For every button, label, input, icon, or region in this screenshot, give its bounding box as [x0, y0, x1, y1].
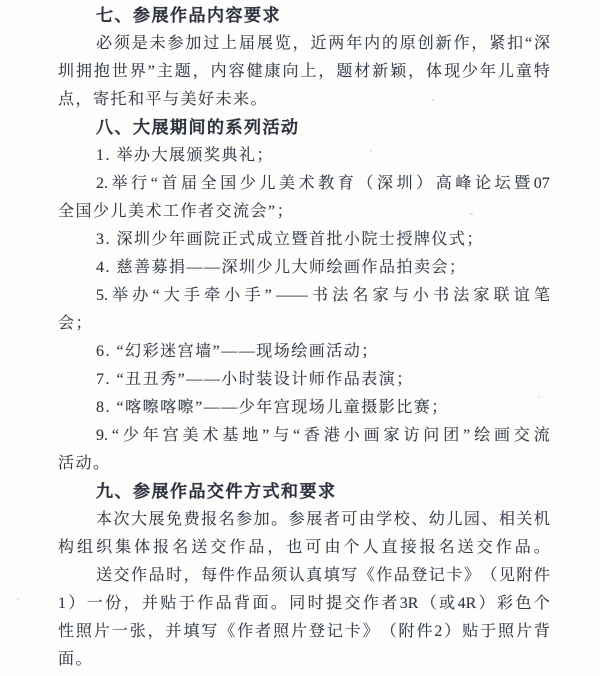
text-line: 3. 深圳少年画院正式成立暨首批小院士授牌仪式； [58, 226, 550, 254]
text-line: 面。 [58, 646, 550, 674]
text-line: 1. 举办大展颁奖典礼； [58, 142, 550, 170]
text-line: 6. “幻彩迷宫墙”——现场绘画活动； [58, 338, 550, 366]
scan-artifact [17, 598, 19, 600]
text-line: 7. “丑丑秀”——小时装设计师作品表演； [58, 366, 550, 394]
text-line: 8. “喀嚓喀嚓”——少年宫现场儿童摄影比赛； [58, 394, 550, 422]
text-line: 1）一份，并贴于作品背面。同时提交作者3R（或4R）彩色个 [58, 590, 550, 618]
text-line: 活动。 [58, 450, 550, 478]
text-line: 5.举办“大手牵小手”——书法名家与小书法家联谊笔 [58, 282, 550, 310]
text-line: 本次大展免费报名参加。参展者可由学校、幼儿园、相关机 [58, 506, 550, 534]
text-line: 会； [58, 310, 550, 338]
text-line: 圳拥抱世界”主题，内容健康向上，题材新颖，体现少年儿童特 [58, 58, 550, 86]
section-heading: 九、参展作品交件方式和要求 [58, 478, 550, 506]
document-content: 七、参展作品内容要求必须是未参加过上届展览，近两年内的原创新作，紧扣“深圳拥抱世… [58, 2, 550, 674]
text-line: 点，寄托和平与美好未来。 [58, 86, 550, 114]
text-line: 全国少儿美术工作者交流会”； [58, 198, 550, 226]
scan-artifact [432, 99, 435, 101]
text-line: 4. 慈善募捐——深圳少儿大师绘画作品拍卖会； [58, 254, 550, 282]
scan-artifact [470, 213, 473, 215]
text-line: 性照片一张，并填写《作者照片登记卡》（附件2）贴于照片背 [58, 618, 550, 646]
scan-artifact [538, 396, 540, 398]
text-line: 必须是未参加过上届展览，近两年内的原创新作，紧扣“深 [58, 30, 550, 58]
section-heading: 七、参展作品内容要求 [58, 2, 550, 30]
scanned-document-page: 七、参展作品内容要求必须是未参加过上届展览，近两年内的原创新作，紧扣“深圳拥抱世… [0, 0, 600, 676]
text-line: 2.举行“首届全国少儿美术教育（深圳）高峰论坛暨07 [58, 170, 550, 198]
scan-artifact [370, 150, 372, 152]
text-line: 送交作品时，每件作品须认真填写《作品登记卡》（见附件 [58, 562, 550, 590]
text-line: 9.“少年宫美术基地”与“香港小画家访问团”绘画交流 [58, 422, 550, 450]
text-line: 构组织集体报名送交作品，也可由个人直接报名送交作品。 [58, 534, 550, 562]
section-heading: 八、大展期间的系列活动 [58, 114, 550, 142]
